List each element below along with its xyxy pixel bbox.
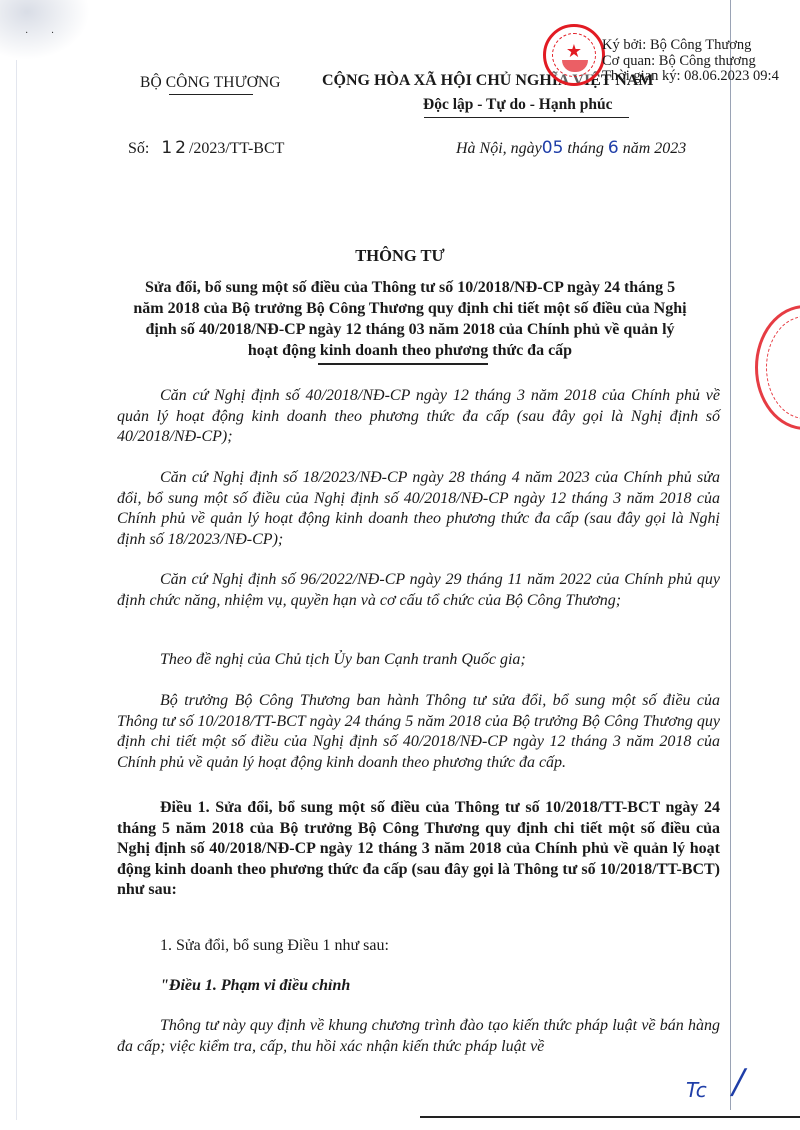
seal-star-icon: ★ bbox=[546, 42, 602, 60]
ministry-underline bbox=[169, 94, 253, 95]
date-year: năm 2023 bbox=[623, 140, 687, 157]
place-date: Hà Nội, ngày05 tháng 6 năm 2023 bbox=[456, 138, 686, 158]
date-prefix: Hà Nội, ngày bbox=[456, 140, 542, 157]
date-month-label: tháng bbox=[567, 140, 603, 157]
number-prefix: Số: bbox=[128, 140, 149, 157]
clause-1: 1. Sửa đổi, bổ sung Điều 1 như sau: bbox=[117, 936, 720, 957]
subtitle-underline bbox=[318, 363, 488, 365]
seal-emblem bbox=[562, 60, 588, 72]
margin-seal-icon bbox=[755, 305, 800, 430]
scan-specks: · · bbox=[25, 28, 64, 39]
page-bottom-edge bbox=[420, 1116, 800, 1118]
number-handwritten: 12 bbox=[161, 138, 189, 158]
quoted-article-heading: "Điều 1. Phạm vi điều chỉnh bbox=[117, 976, 720, 997]
preamble-paragraph: Căn cứ Nghị định số 40/2018/NĐ-CP ngày 1… bbox=[117, 386, 720, 448]
digital-signature: Ký bởi: Bộ Công Thương Cơ quan: Bộ Công … bbox=[602, 38, 779, 85]
signature-agency: Cơ quan: Bộ Công thương bbox=[602, 54, 779, 70]
issuing-ministry: BỘ CÔNG THƯƠNG bbox=[140, 74, 281, 92]
handwritten-tick-icon: / bbox=[729, 1062, 749, 1102]
signature-time: Thời gian ký: 08.06.2023 09:4 bbox=[602, 69, 779, 85]
official-seal-icon: ★ bbox=[543, 24, 605, 86]
national-motto: Độc lập - Tự do - Hạnh phúc bbox=[423, 96, 612, 114]
number-suffix: /2023/TT-BCT bbox=[189, 140, 284, 157]
document-type-title: THÔNG TƯ bbox=[0, 246, 800, 266]
article-1-heading: Điều 1. Sửa đổi, bổ sung một số điều của… bbox=[117, 798, 720, 901]
preamble-paragraph: Căn cứ Nghị định số 18/2023/NĐ-CP ngày 2… bbox=[117, 468, 720, 550]
signature-signed-by: Ký bởi: Bộ Công Thương bbox=[602, 38, 779, 54]
preamble-paragraph: Theo đề nghị của Chủ tịch Ủy ban Cạnh tr… bbox=[117, 650, 720, 671]
motto-underline bbox=[424, 117, 629, 118]
document-subtitle: Sửa đổi, bổ sung một số điều của Thông t… bbox=[130, 277, 690, 361]
preamble-paragraph: Bộ trưởng Bộ Công Thương ban hành Thông … bbox=[117, 691, 720, 773]
scan-left-edge bbox=[16, 60, 17, 1120]
handwritten-initials: Tc bbox=[686, 1078, 707, 1102]
date-day: 05 bbox=[542, 138, 564, 158]
date-month: 6 bbox=[608, 138, 619, 158]
page-margin-line bbox=[730, 0, 731, 1110]
preamble-paragraph: Căn cứ Nghị định số 96/2022/NĐ-CP ngày 2… bbox=[117, 570, 720, 611]
document-number: Số: 12/2023/TT-BCT bbox=[128, 138, 284, 158]
quoted-article-text: Thông tư này quy định về khung chương tr… bbox=[117, 1016, 720, 1057]
